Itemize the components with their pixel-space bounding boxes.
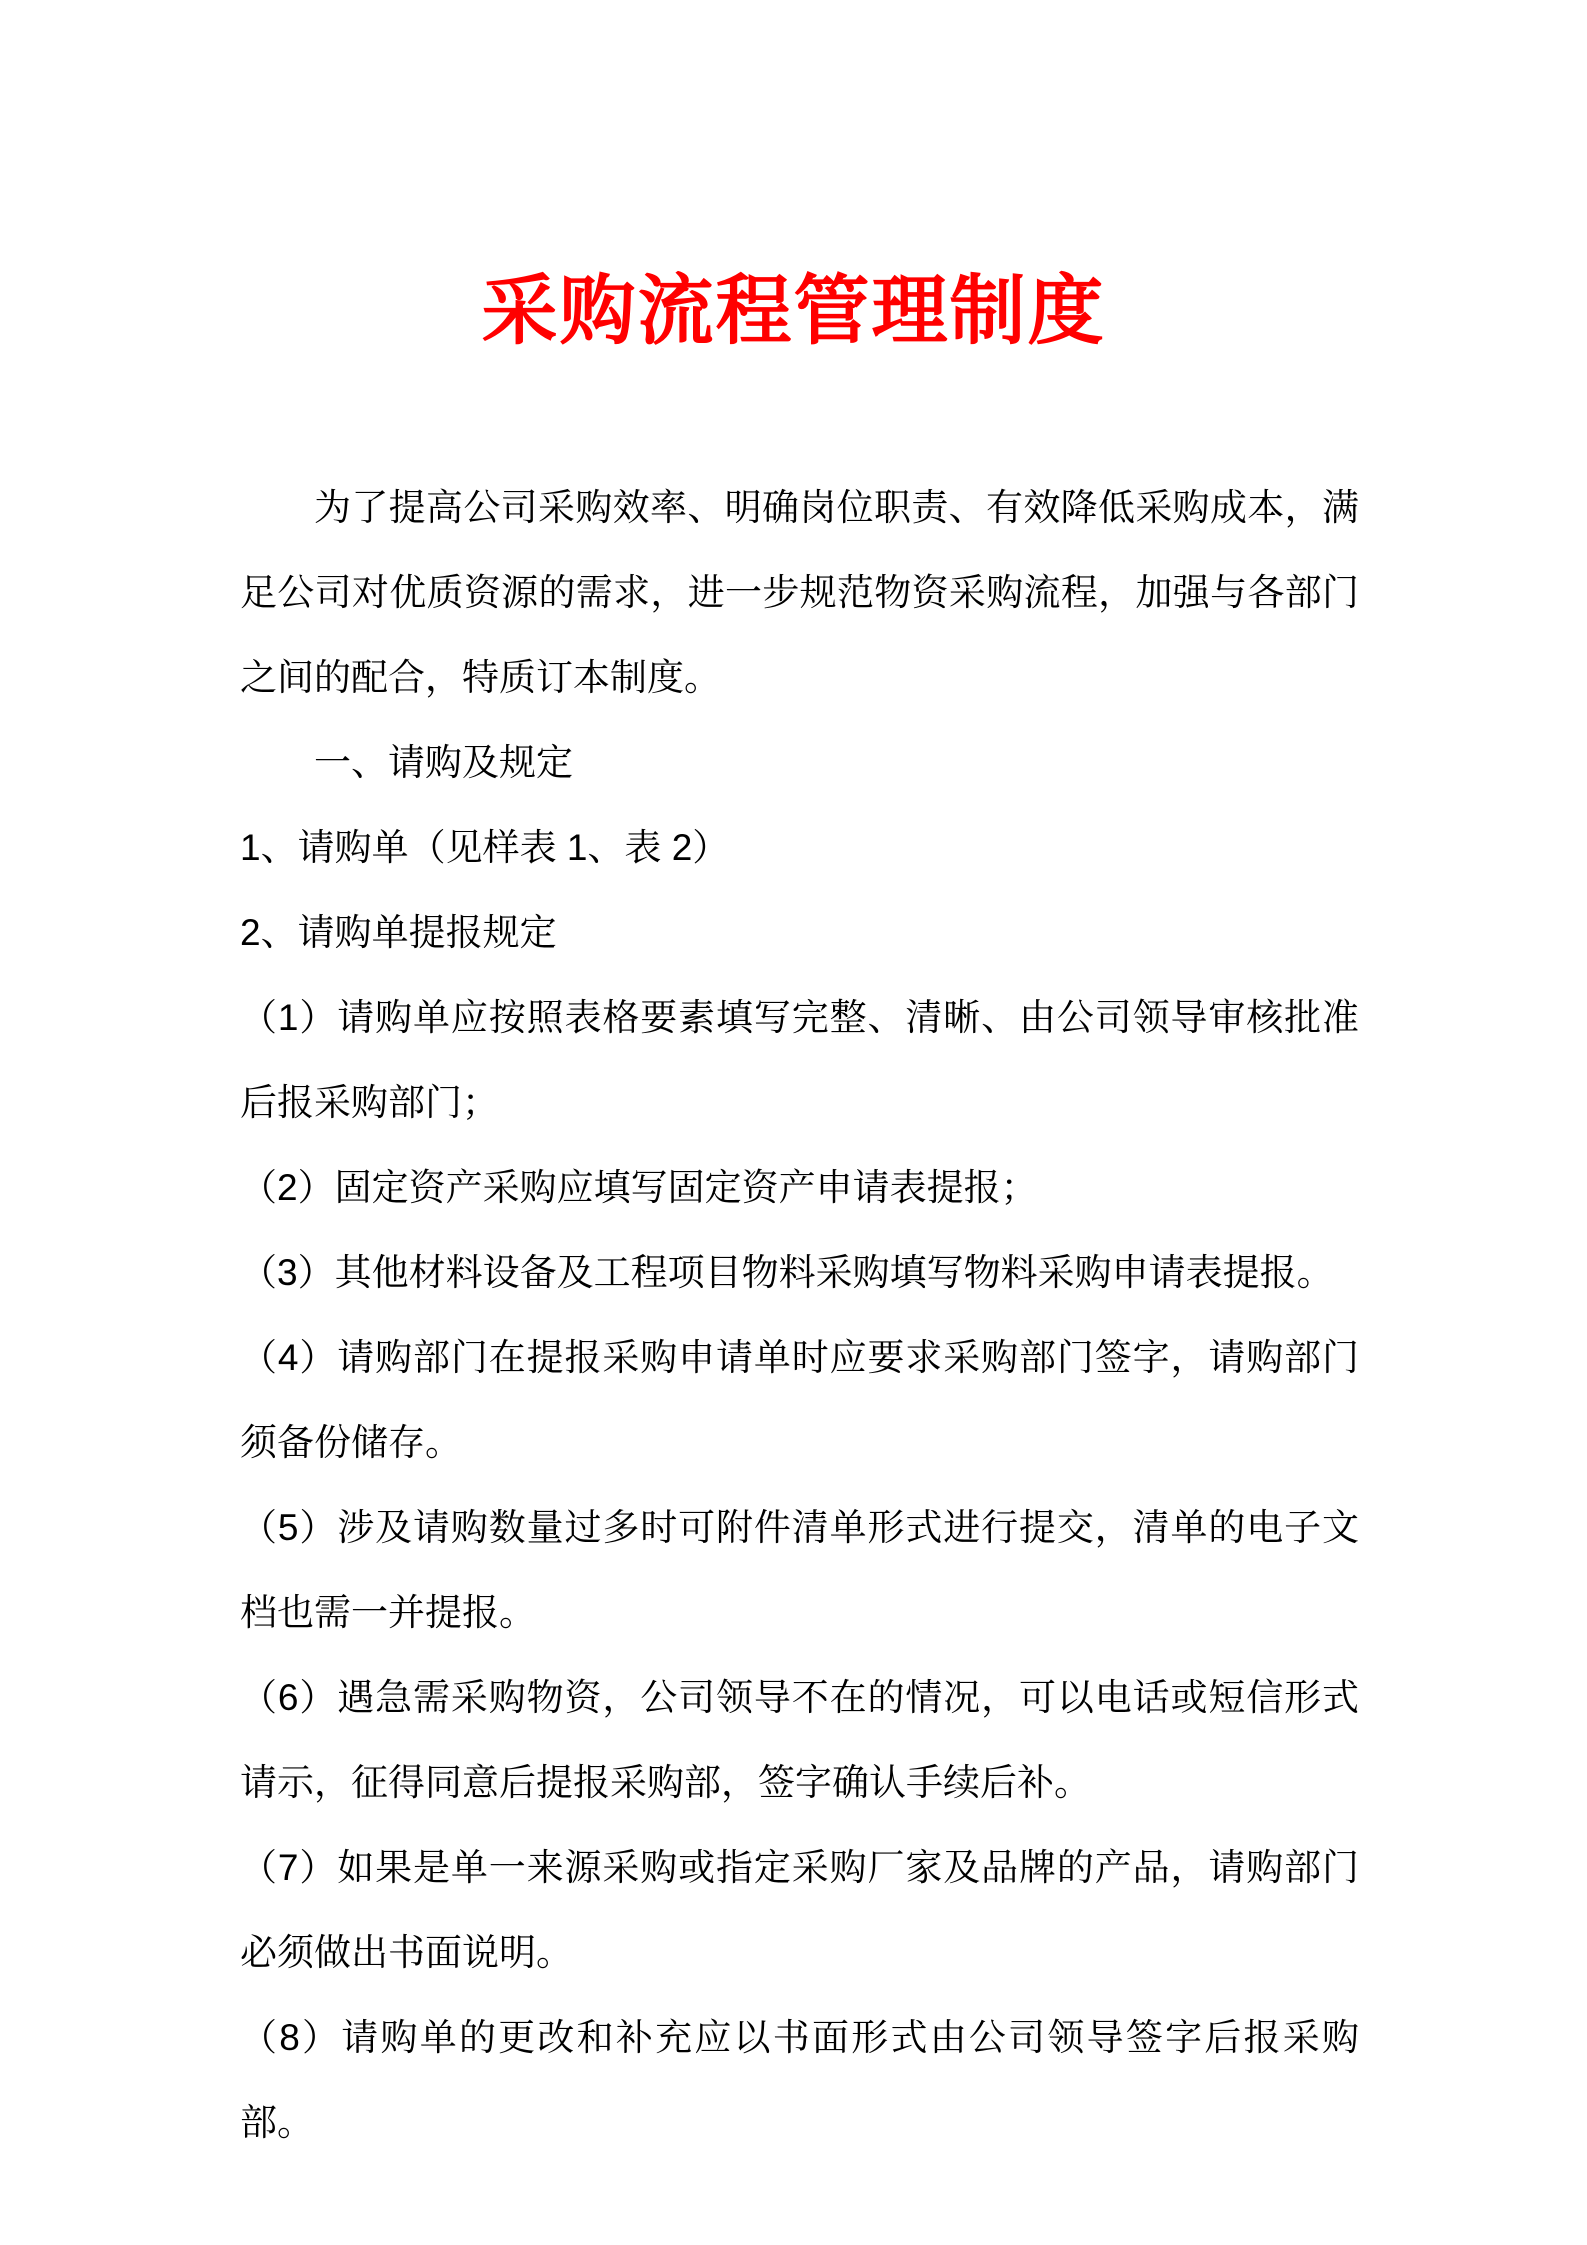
paragraph: （2）固定资产采购应填写固定资产申请表提报； — [240, 1145, 1359, 1230]
paragraph: （8）请购单的更改和补充应以书面形式由公司领导签字后报采购部。 — [240, 1995, 1359, 2165]
document-page: 采购流程管理制度 为了提高公司采购效率、明确岗位职责、有效降低采购成本，满足公司… — [0, 0, 1587, 2245]
document-body: 为了提高公司采购效率、明确岗位职责、有效降低采购成本，满足公司对优质资源的需求，… — [0, 465, 1587, 2165]
paragraph: （4）请购部门在提报采购申请单时应要求采购部门签字，请购部门须备份储存。 — [240, 1315, 1359, 1485]
paragraph: 2、请购单提报规定 — [240, 890, 1359, 975]
paragraph: 为了提高公司采购效率、明确岗位职责、有效降低采购成本，满足公司对优质资源的需求，… — [240, 465, 1359, 720]
paragraph: （5）涉及请购数量过多时可附件清单形式进行提交，清单的电子文档也需一并提报。 — [240, 1485, 1359, 1655]
paragraph: （6）遇急需采购物资，公司领导不在的情况，可以电话或短信形式请示，征得同意后提报… — [240, 1655, 1359, 1825]
paragraph: 1、请购单（见样表 1、表 2） — [240, 805, 1359, 890]
document-title: 采购流程管理制度 — [0, 0, 1587, 362]
paragraph: （3）其他材料设备及工程项目物料采购填写物料采购申请表提报。 — [240, 1230, 1359, 1315]
paragraph: （7）如果是单一来源采购或指定采购厂家及品牌的产品，请购部门必须做出书面说明。 — [240, 1825, 1359, 1995]
paragraph: 一、请购及规定 — [240, 720, 1359, 805]
paragraph: （1）请购单应按照表格要素填写完整、清晰、由公司领导审核批准后报采购部门； — [240, 975, 1359, 1145]
